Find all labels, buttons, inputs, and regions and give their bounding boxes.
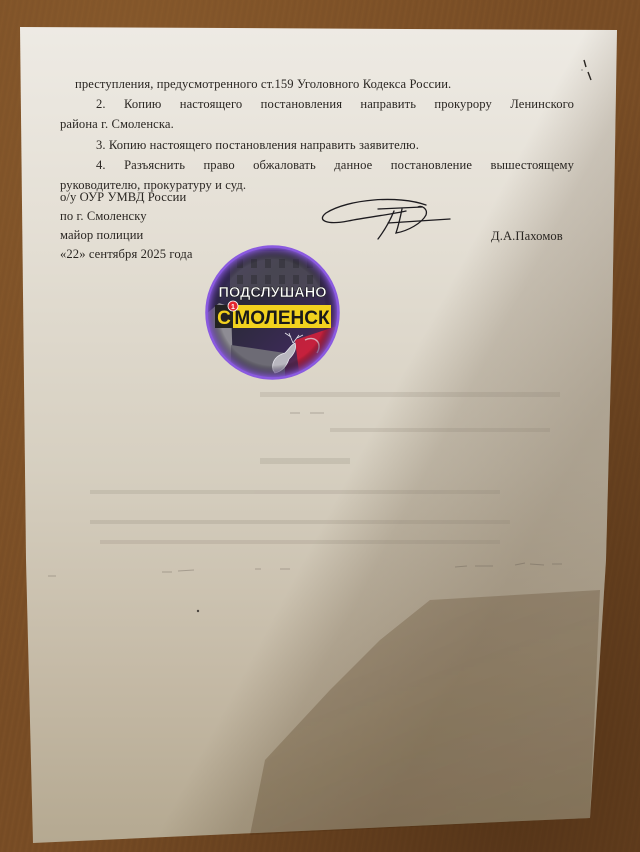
paragraph-2: 2. Копию настоящего постановления направ…	[60, 94, 574, 114]
paragraph-text: 4. Разъяснить право обжаловать данное по…	[60, 155, 574, 175]
handwritten-signature-icon	[318, 195, 458, 245]
unit-city: по г. Смоленску	[60, 207, 193, 226]
paragraph-3: 3. Копию настоящего постановления направ…	[60, 135, 419, 155]
signer-name-text: Д.А.Пахомов	[491, 226, 563, 246]
document-date: «22» сентября 2025 года	[60, 245, 193, 264]
paragraph-text: района г. Смоленска.	[60, 114, 174, 134]
podslushano-smolensk-sticker: ПОДСЛУШАНО С МОЛЕНСК 1	[205, 245, 340, 380]
svg-text:МОЛЕНСК: МОЛЕНСК	[234, 308, 330, 329]
paragraph-text: 3. Копию настоящего постановления направ…	[60, 135, 419, 155]
paragraph-1-tail: преступления, предусмотренного ст.159 Уг…	[75, 74, 451, 94]
officer-rank: майор полиции	[60, 226, 193, 245]
paragraph-4: 4. Разъяснить право обжаловать данное по…	[60, 155, 574, 175]
signer-name: Д.А.Пахомов	[491, 226, 563, 246]
svg-text:С: С	[217, 308, 231, 329]
unit-name: о/у ОУР УМВД России	[60, 188, 193, 207]
signature-block: о/у ОУР УМВД России по г. Смоленску майо…	[60, 188, 193, 264]
svg-text:1: 1	[231, 304, 235, 311]
paragraph-text: 2. Копию настоящего постановления направ…	[60, 94, 574, 114]
sticker-title: ПОДСЛУШАНО	[219, 285, 327, 301]
paragraph-2-continued: района г. Смоленска.	[60, 114, 174, 134]
paragraph-text: преступления, предусмотренного ст.159 Уг…	[75, 74, 451, 94]
notification-badge-icon: 1	[228, 301, 238, 311]
corner-ink-mark	[581, 58, 595, 82]
